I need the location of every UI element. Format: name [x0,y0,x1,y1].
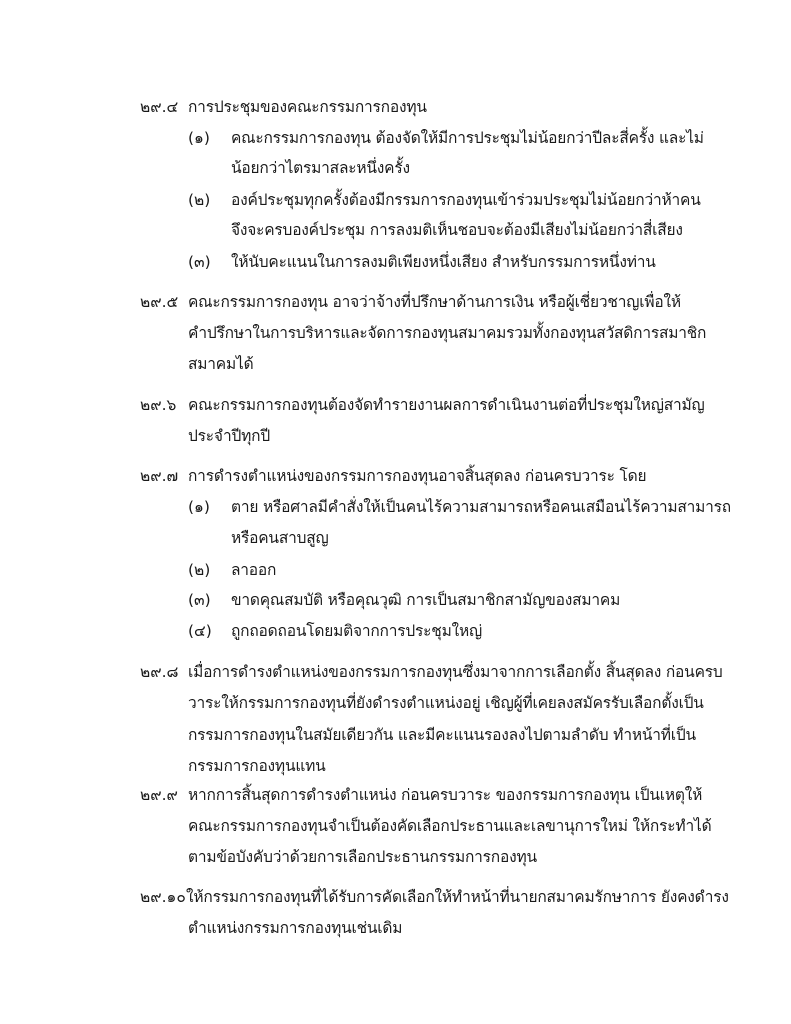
item-text: ถูกถอดถอนโดยมติจากการประชุมใหญ่ [231,621,482,641]
section-text: การประชุมของคณะกรรมการกองทุน [188,97,427,117]
section-text: วาระให้กรรมการกองทุนที่ยังดำรงตำแหน่งอยู… [188,693,704,713]
section-text: คำปรึกษาในการบริหารและจัดการกองทุนสมาคมร… [188,323,706,343]
section-text: กรรมการกองทุนในสมัยเดียวกัน และมีคะแนนรอ… [188,725,696,745]
section-text: ประจำปีทุกปี [188,426,270,446]
section-text: ตามข้อบังคับว่าด้วยการเลือกประธานกรรมการ… [188,847,537,867]
item-text: คณะกรรมการกองทุน ต้องจัดให้มีการประชุมไม… [231,128,704,148]
section-text: เมื่อการดำรงตำแหน่งของกรรมการกองทุนซึ่งม… [188,662,723,682]
section-text: ตำแหน่งกรรมการกองทุนเช่นเดิม [188,918,402,938]
item-text: องค์ประชุมทุกครั้งต้องมีกรรมการกองทุนเข้… [231,190,701,210]
section-number: ๒๙.๖ [140,395,176,415]
item-text: น้อยกว่าไตรมาสละหนึ่งครั้ง [231,158,410,178]
item-text: ตาย หรือศาลมีคำสั่งให้เป็นคนไร้ความสามาร… [231,497,731,517]
document-page: ๒๙.๔ การประชุมของคณะกรรมการกองทุน (๑) คณ… [0,0,791,1024]
section-text: สมาคมได้ [188,354,253,374]
section-number: ๒๙.๙ [140,785,178,805]
section-number: ๒๙.๗ [140,466,178,486]
section-text: คณะกรรมการกองทุนจำเป็นต้องคัดเลือกประธาน… [188,816,712,836]
item-number: (๓) [188,590,211,610]
item-number: (๑) [188,128,210,148]
section-text: ให้กรรมการกองทุนที่ได้รับการคัดเลือกให้ท… [186,887,729,907]
section-number: ๒๙.๘ [140,662,178,682]
section-number: ๒๙.๔ [140,97,178,117]
section-text: คณะกรรมการกองทุน อาจว่าจ้างที่ปรึกษาด้าน… [188,292,681,312]
item-text: หรือคนสาบสูญ [231,528,329,548]
item-text: จึงจะครบองค์ประชุม การลงมติเห็นชอบจะต้อง… [231,220,683,240]
section-text: คณะกรรมการกองทุนต้องจัดทำรายงานผลการดำเน… [188,395,705,415]
section-text: การดำรงตำแหน่งของกรรมการกองทุนอาจสิ้นสุด… [188,466,646,486]
item-number: (๔) [188,621,212,641]
item-number: (๒) [188,190,210,210]
section-number: ๒๙.๕ [140,292,178,312]
item-number: (๑) [188,497,210,517]
item-text: ขาดคุณสมบัติ หรือคุณวุฒิ การเป็นสมาชิกสา… [231,590,620,610]
section-text: หากการสิ้นสุดการดำรงตำแหน่ง ก่อนครบวาระ … [188,785,702,805]
item-text: ให้นับคะแนนในการลงมติเพียงหนึ่งเสียง สำห… [231,252,656,272]
item-text: ลาออก [231,560,276,580]
item-number: (๒) [188,560,210,580]
section-number: ๒๙.๑๐ [140,887,186,907]
section-text: กรรมการกองทุนแทน [188,756,326,776]
item-number: (๓) [188,252,211,272]
